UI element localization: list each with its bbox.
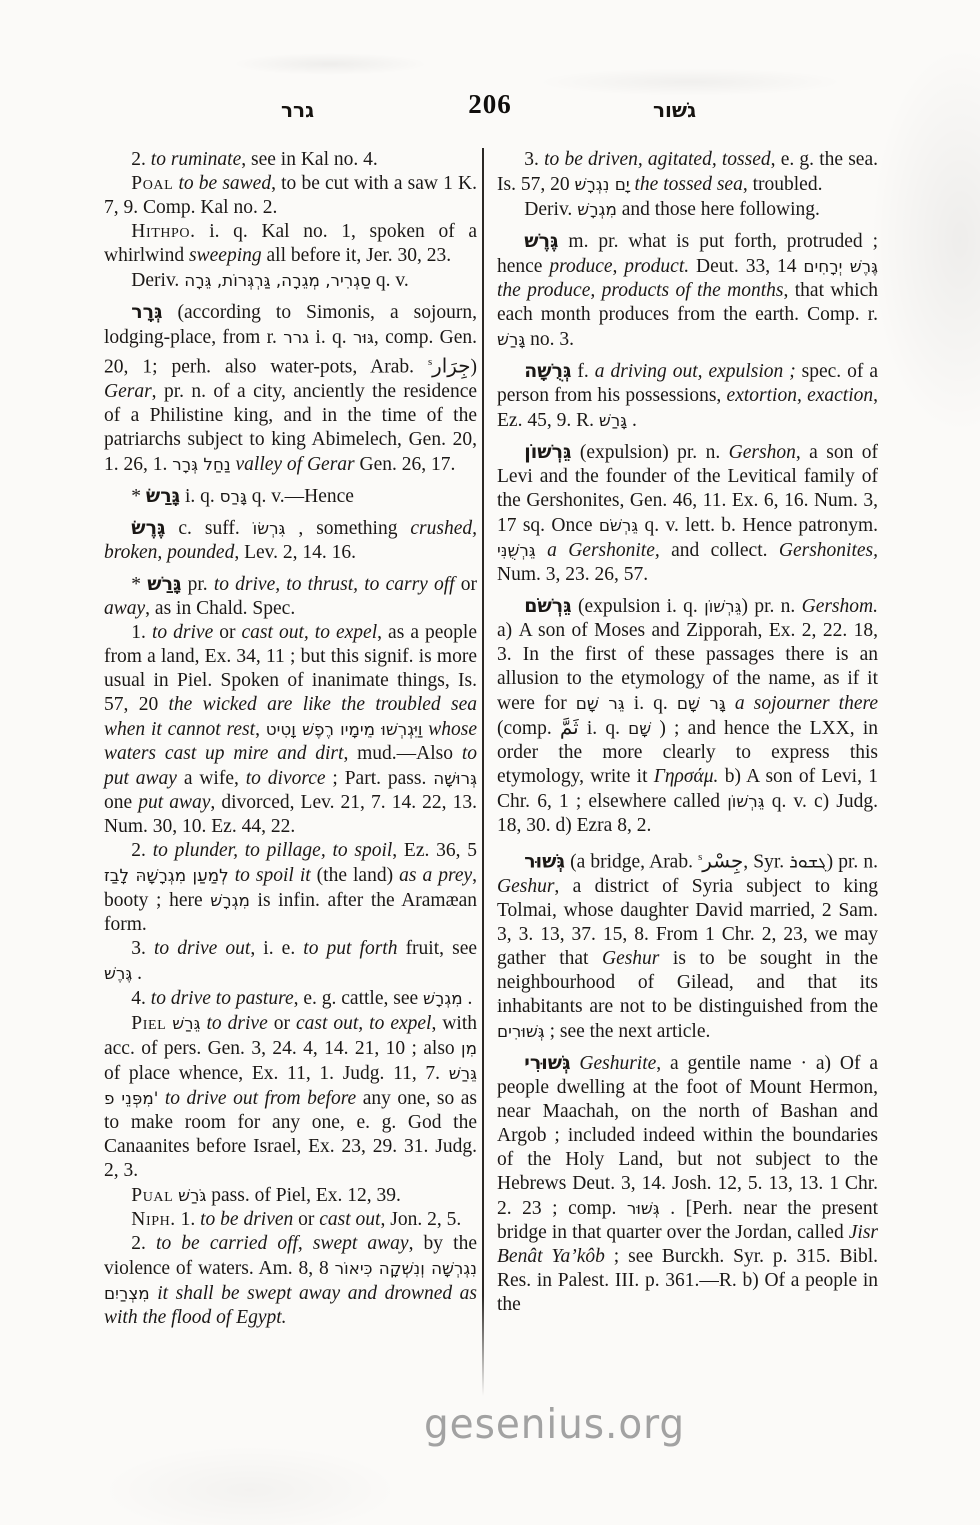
text-segment-heb: גְּרוּשָׁה <box>433 768 477 788</box>
text-segment: , Ez. 36, 5 <box>392 840 477 861</box>
text-segment: i. q. <box>579 718 629 739</box>
text-segment: (the land) <box>311 865 399 886</box>
text-segment: , something <box>285 518 410 539</box>
text-segment-i: the tossed sea <box>635 174 743 195</box>
text-segment-hebb: גְּרֻשָׁה <box>524 360 571 382</box>
text-segment-hebb: גֵּרְשֹׁם <box>524 595 571 617</box>
hithpo-paragraph: Hithpo. i. q. Kal no. 1, spoken of a whi… <box>104 220 477 268</box>
text-segment-heb: גְּשׁוּר <box>627 1198 660 1218</box>
text-segment-i: to divorce <box>246 768 326 789</box>
text-segment-hebb: גְּשׁוּרִי <box>524 1052 570 1074</box>
text-segment: , a gentile name · a) Of a people dwelli… <box>497 1053 878 1219</box>
text-segment-heb: נַחַל גְּרָר <box>172 454 230 474</box>
text-segment: 1. <box>131 622 152 643</box>
deriv-paragraph-right: Deriv. מִגְרָשׁ and those here following… <box>497 197 878 222</box>
text-segment: * <box>131 486 146 507</box>
scanned-lexicon-page: גרר 206 גשׁור 2. to ruminate, see in Kal… <box>0 0 980 1525</box>
entry-gershon: גֵּרְשׁוֹן (expulsion) pr. n. Gershon, a… <box>497 440 878 587</box>
text-segment-i: to drive <box>207 1013 268 1034</box>
text-segment-heb: סַגְרִיר, מְגֵרָה, גַּרְגְּרוֹת, גֵּרָה <box>184 270 371 290</box>
text-segment: of place whence, Ex. 11, 1. Judg. 11, 7. <box>104 1063 449 1084</box>
text-segment: , Lev. 2, 14. 16. <box>234 542 356 563</box>
text-segment: , e. g. cattle, see <box>294 988 423 1009</box>
text-segment-heb: וַיִּגְרְשׁוּ מֵימָיו רֶפֶשׁ וָטִיט <box>266 719 423 739</box>
text-segment: no. 3. <box>525 329 574 350</box>
text-segment: Deriv. <box>131 270 184 291</box>
text-segment-i: to be driven <box>200 1209 293 1230</box>
text-segment: , see in Kal no. 4. <box>241 149 377 170</box>
text-segment-sy: ܓܫܘܪ <box>789 853 826 873</box>
text-segment: , as in Chald. Spec. <box>145 598 295 619</box>
text-segment: q. v.—Hence <box>247 486 354 507</box>
text-segment-heb: גָּר שָׁם <box>677 693 726 713</box>
entry-geshuri: גְּשׁוּרִי Geshurite, a gentile name · a… <box>497 1051 878 1317</box>
text-segment-i: produce, product. <box>549 256 689 277</box>
text-segment-hebb: גְּשׁוּר <box>524 851 565 873</box>
text-segment-hebb: גֶּרֶשׁ <box>524 230 558 252</box>
entry-gershom: גֵּרְשֹׁם (expulsion i. q. גֵּרְשׁוֹן) p… <box>497 594 878 838</box>
text-segment-heb: גֵּרְשֻׁנִּי <box>497 540 536 560</box>
text-segment-i: sweeping <box>189 245 262 266</box>
text-segment-i: to drive to pasture <box>151 988 294 1009</box>
text-segment: or <box>213 622 241 643</box>
text-segment: all before it, Jer. 30, 23. <box>262 245 452 266</box>
text-segment-heb: גֶּרֶשׁ <box>104 963 132 983</box>
text-segment-hebb: גָּרַשׁ <box>147 573 181 595</box>
left-column: 2. to ruminate, see in Kal no. 4. Poal t… <box>104 148 477 1330</box>
text-segment-i: a Gershonite, <box>547 540 660 561</box>
text-segment: ) pr. n. <box>827 852 878 873</box>
text-segment: 1. <box>176 1209 200 1230</box>
text-segment: q. v. lett. b. Hence patronym. <box>638 515 878 536</box>
text-segment-i: Gershom. <box>802 596 878 617</box>
text-segment: , Jon. 2, 5. <box>380 1209 461 1230</box>
text-segment: . <box>627 410 637 431</box>
text-segment-i: to spoil it <box>235 865 311 886</box>
text-segment: ; Part. pass. <box>326 768 434 789</box>
text-segment: c. suff. <box>165 518 252 539</box>
text-segment <box>726 693 735 714</box>
text-segment: or <box>268 1013 296 1034</box>
text-segment: fruit, see <box>397 938 477 959</box>
text-segment-i: to be carried off, swept away <box>156 1233 409 1254</box>
sense-1-drive-out: 1. to drive or cast out, to expel, as a … <box>104 621 477 839</box>
entry-gerar: גְּרָר (according to Simonis, a sojourn,… <box>104 300 477 477</box>
text-segment-heb: גֵּרְשׁוֹן <box>704 596 741 616</box>
text-segment: (a bridge, Arab. <box>565 852 698 873</box>
text-segment-gr: Γηρσάμ. <box>654 766 719 787</box>
text-segment: ) <box>471 357 478 378</box>
text-segment-sc: Poal <box>131 173 173 194</box>
text-segment-sc: Pual <box>131 1185 173 1206</box>
text-segment-heb: מִגְרָשׁ <box>577 199 617 219</box>
text-segment-heb: גָּרַשׁ <box>497 329 525 349</box>
text-segment: (expulsion i. q. <box>572 596 704 617</box>
text-segment: f. <box>571 361 594 382</box>
entry-gerushah: גְּרֻשָׁה f. a driving out, expulsion ; … <box>497 359 878 433</box>
text-segment-heb: גְּשׁוּרִים <box>497 1021 545 1041</box>
text-segment: 3. <box>524 149 544 170</box>
column-divider-rule <box>482 148 484 1396</box>
text-segment-i: a driving out, expulsion ; <box>595 361 796 382</box>
text-segment: or <box>293 1209 319 1230</box>
text-segment-i: as a prey <box>399 865 472 886</box>
text-segment-i: the produce, products of the months <box>497 280 784 301</box>
watermark: gesenius.org <box>424 1412 685 1436</box>
text-segment: (expulsion) pr. n. <box>571 442 728 463</box>
text-segment: 2. <box>131 1233 156 1254</box>
text-segment-i: cast out, to expel <box>296 1013 431 1034</box>
text-segment: Gen. 26, 17. <box>355 454 456 475</box>
page-header: גרר 206 גשׁור <box>0 96 980 132</box>
text-segment-heb: מִגְרָשׁ <box>423 988 463 1008</box>
text-segment: (comp. <box>497 718 560 739</box>
text-segment-i: to be sawed <box>178 173 271 194</box>
text-segment: , Syr. <box>743 852 789 873</box>
text-segment-i: to drive, to thrust, to carry off <box>214 574 455 595</box>
sense-2-ruminate: 2. to ruminate, see in Kal no. 4. <box>104 148 477 172</box>
sense-2-plunder: 2. to plunder, to pillage, to spoil, Ez.… <box>104 839 477 937</box>
text-segment: , mud.—Also <box>343 743 461 764</box>
text-segment <box>536 540 547 561</box>
text-segment-i: Geshurite <box>579 1053 656 1074</box>
text-segment-i: Geshur <box>497 876 554 897</box>
text-segment-heb: גֵּרְשֹׁם <box>599 515 638 535</box>
entry-geres: גֶּרֶשׂ c. suff. גִּרְשׂוֹ , something c… <box>104 516 477 565</box>
text-segment: , <box>255 719 266 740</box>
text-segment: a wife, <box>177 768 246 789</box>
text-segment-heb: גָּרַשׁ <box>599 410 627 430</box>
entry-geshur: גְּשׁוּר (a bridge, Arab. sجِسْر, Syr. ܓ… <box>497 845 878 1044</box>
sense-4-drive-to-pasture: 4. to drive to pasture, e. g. cattle, se… <box>104 986 477 1011</box>
text-segment-i: Gerar <box>104 381 152 402</box>
text-segment-heb: גרר <box>283 327 309 347</box>
text-segment: Deut. 33, 14 <box>689 256 803 277</box>
text-segment-i: Geshur <box>602 948 659 969</box>
poal-paragraph: Poal to be sawed, to be cut with a saw 1… <box>104 172 477 220</box>
piel-paragraph: Piel גֵּרַשׁ to drive or cast out, to ex… <box>104 1011 477 1183</box>
sense-3-put-forth-fruit: 3. to drive out, i. e. to put forth frui… <box>104 937 477 986</box>
text-segment-i: cast out <box>319 1209 380 1230</box>
text-segment: 2. <box>131 149 151 170</box>
text-segment-heb: לְמַעַן מִגְרָשָׁהּ לָבַז <box>104 865 229 885</box>
text-segment-heb: גֹּרַשׁ <box>178 1185 206 1205</box>
text-segment: i. q. <box>180 486 220 507</box>
text-segment: , i. e. <box>250 938 303 959</box>
text-segment: ; see the next article. <box>545 1021 711 1042</box>
text-segment: i. q. <box>625 693 677 714</box>
text-segment: 2. <box>131 840 152 861</box>
text-segment-ar: جِرَار <box>432 355 470 378</box>
right-column: 3. to be driven, agitated, tossed, e. g.… <box>497 148 878 1317</box>
text-segment-heb: גֵּר שָׁם <box>576 693 625 713</box>
text-segment-heb: גִּרְשׂוֹ <box>253 518 286 538</box>
text-segment-i: cast out, to expel <box>242 622 378 643</box>
text-segment-hebb: גָּרַשׂ <box>146 485 180 507</box>
catchword-right: גשׁור <box>653 98 696 122</box>
text-segment-heb: גֵּרַשׁ <box>172 1013 200 1033</box>
text-segment: Num. 3, 23. 26, 57. <box>497 564 648 585</box>
text-segment: ) pr. n. <box>742 596 802 617</box>
entry-garas: * גָּרַשׂ i. q. גָּרַס q. v.—Hence <box>104 484 477 509</box>
text-segment-i: away <box>104 598 145 619</box>
text-segment: . <box>132 963 142 984</box>
text-segment-heb: גֶּרֶשׁ יְרָחִים <box>803 256 878 276</box>
text-segment-i: extortion, exaction <box>727 385 874 406</box>
text-segment-hebb: גֶּרֶשׂ <box>131 517 165 539</box>
text-segment-i: to drive out <box>154 938 250 959</box>
text-segment-i: a sojourner there <box>735 693 878 714</box>
text-segment: q. v. <box>371 270 409 291</box>
text-segment-i: to put forth <box>303 938 397 959</box>
text-segment: pass. of Piel, Ex. 12, 39. <box>206 1185 400 1206</box>
text-segment: , troubled. <box>743 174 823 195</box>
text-segment-i: Gershonites, <box>779 540 878 561</box>
pual-paragraph: Pual גֹּרַשׁ pass. of Piel, Ex. 12, 39. <box>104 1183 477 1208</box>
text-segment: and those here following. <box>617 199 820 220</box>
text-segment-heb: מִגְרָשׁ <box>210 890 250 910</box>
niph-sense-2: 2. to be carried off, swept away, by the… <box>104 1232 477 1330</box>
text-segment-sc: Piel <box>131 1013 166 1034</box>
text-segment: 4. <box>131 988 151 1009</box>
text-segment-i: to drive out from before <box>165 1088 356 1109</box>
text-segment: i. q. <box>309 327 353 348</box>
text-segment: and collect. <box>660 540 779 561</box>
text-segment-i: it shall be swept away and drowned as wi… <box>104 1283 477 1328</box>
text-segment-heb: גּוּר <box>353 327 374 347</box>
entry-garash: * גָּרַשׁ pr. to drive, to thrust, to ca… <box>104 572 477 621</box>
text-segment: 3. <box>131 938 154 959</box>
text-segment-i: Gershon <box>729 442 796 463</box>
text-segment-i: valley of Gerar <box>236 454 355 475</box>
text-segment-i: to drive <box>152 622 213 643</box>
page-number: 206 <box>0 92 980 116</box>
text-segment-heb: גָּרַס <box>220 486 247 506</box>
text-segment-sc: Hithpo. <box>131 221 195 242</box>
text-segment: . <box>463 988 473 1009</box>
text-segment-i: to plunder, to pillage, to spoil <box>153 840 393 861</box>
text-segment-sc: Niph. <box>131 1209 175 1230</box>
text-segment-heb: שָׁם <box>628 718 651 738</box>
text-segment-i: put away <box>138 792 210 813</box>
text-segment-ar: ثَمَّ <box>560 716 579 739</box>
deriv-paragraph: Deriv. סַגְרִיר, מְגֵרָה, גַּרְגְּרוֹת, … <box>104 268 477 293</box>
text-segment-heb: מִן <box>461 1038 477 1058</box>
text-segment: * <box>131 574 147 595</box>
text-segment: one <box>104 792 138 813</box>
text-segment: or <box>455 574 477 595</box>
text-segment-hebb: גֵּרְשׁוֹן <box>524 441 571 463</box>
text-segment-i: to be driven, agitated, tossed <box>544 149 771 170</box>
entry-geresh: גֶּרֶשׁ m. pr. what is put forth, protru… <box>497 229 878 352</box>
sense-3-tossed: 3. to be driven, agitated, tossed, e. g.… <box>497 148 878 197</box>
niph-paragraph: Niph. 1. to be driven or cast out, Jon. … <box>104 1208 477 1232</box>
text-segment-hebb: גְּרָר <box>131 301 162 323</box>
text-segment-ar: جِسْر <box>702 850 743 873</box>
text-segment-heb: יָם נִגְרָשׁ <box>574 174 629 194</box>
text-segment-i: to ruminate <box>151 149 241 170</box>
text-segment: Deriv. <box>524 199 577 220</box>
text-segment: pr. <box>181 574 213 595</box>
text-segment-heb: גֵּרְשׁוֹן <box>727 791 764 811</box>
